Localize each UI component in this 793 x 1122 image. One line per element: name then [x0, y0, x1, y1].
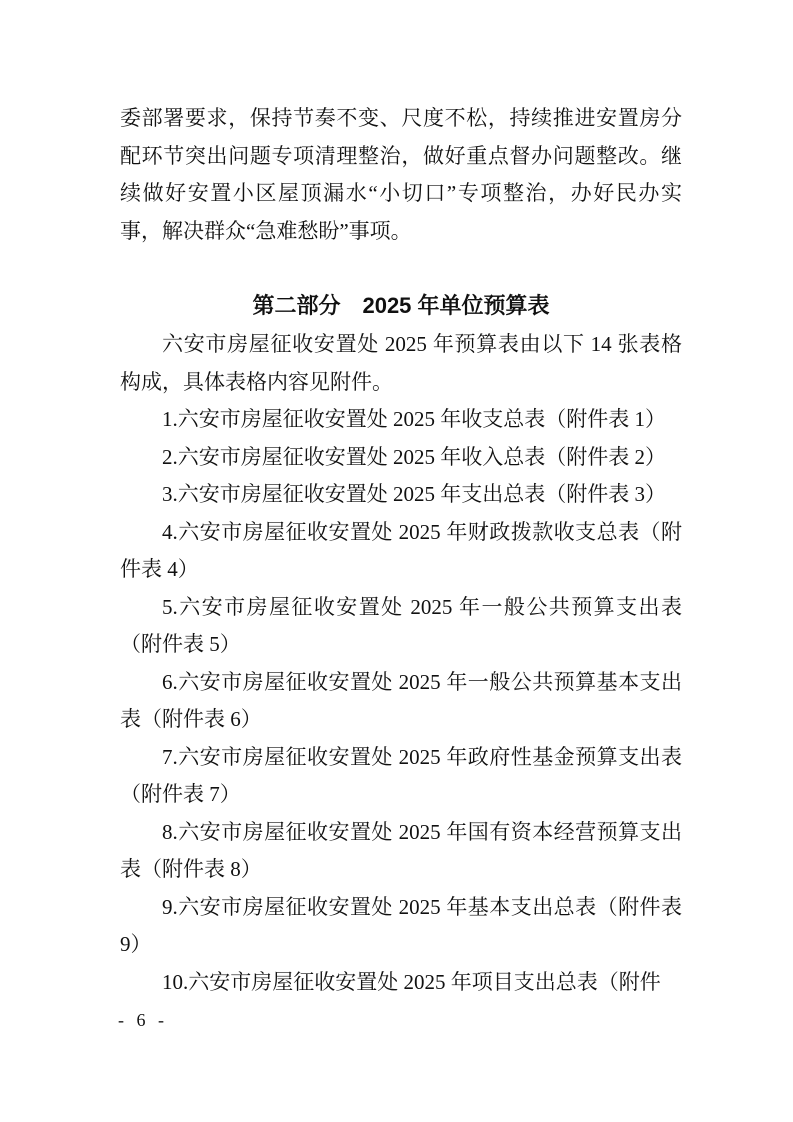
continuation-paragraph: 委部署要求，保持节奏不变、尺度不松，持续推进安置房分配环节突出问题专项清理整治，…	[120, 100, 682, 250]
document-page: 委部署要求，保持节奏不变、尺度不松，持续推进安置房分配环节突出问题专项清理整治，…	[0, 0, 793, 1122]
intro-paragraph: 六安市房屋征收安置处 2025 年预算表由以下 14 张表格构成，具体表格内容见…	[120, 326, 682, 401]
page-number: - 6 -	[118, 1010, 168, 1031]
list-item-5: 5.六安市房屋征收安置处 2025 年一般公共预算支出表（附件表 5）	[120, 589, 682, 664]
page-content: 委部署要求，保持节奏不变、尺度不松，持续推进安置房分配环节突出问题专项清理整治，…	[120, 100, 682, 1001]
section-heading: 第二部分 2025 年单位预算表	[120, 286, 682, 326]
list-item-1: 1.六安市房屋征收安置处 2025 年收支总表（附件表 1）	[120, 401, 682, 439]
list-item-9: 9.六安市房屋征收安置处 2025 年基本支出总表（附件表 9）	[120, 889, 682, 964]
list-item-3: 3.六安市房屋征收安置处 2025 年支出总表（附件表 3）	[120, 476, 682, 514]
list-item-10: 10.六安市房屋征收安置处 2025 年项目支出总表（附件	[120, 964, 682, 1002]
list-item-7: 7.六安市房屋征收安置处 2025 年政府性基金预算支出表（附件表 7）	[120, 739, 682, 814]
list-item-2: 2.六安市房屋征收安置处 2025 年收入总表（附件表 2）	[120, 439, 682, 477]
list-item-4: 4.六安市房屋征收安置处 2025 年财政拨款收支总表（附件表 4）	[120, 514, 682, 589]
list-item-8: 8.六安市房屋征收安置处 2025 年国有资本经营预算支出表（附件表 8）	[120, 814, 682, 889]
list-item-6: 6.六安市房屋征收安置处 2025 年一般公共预算基本支出表（附件表 6）	[120, 664, 682, 739]
